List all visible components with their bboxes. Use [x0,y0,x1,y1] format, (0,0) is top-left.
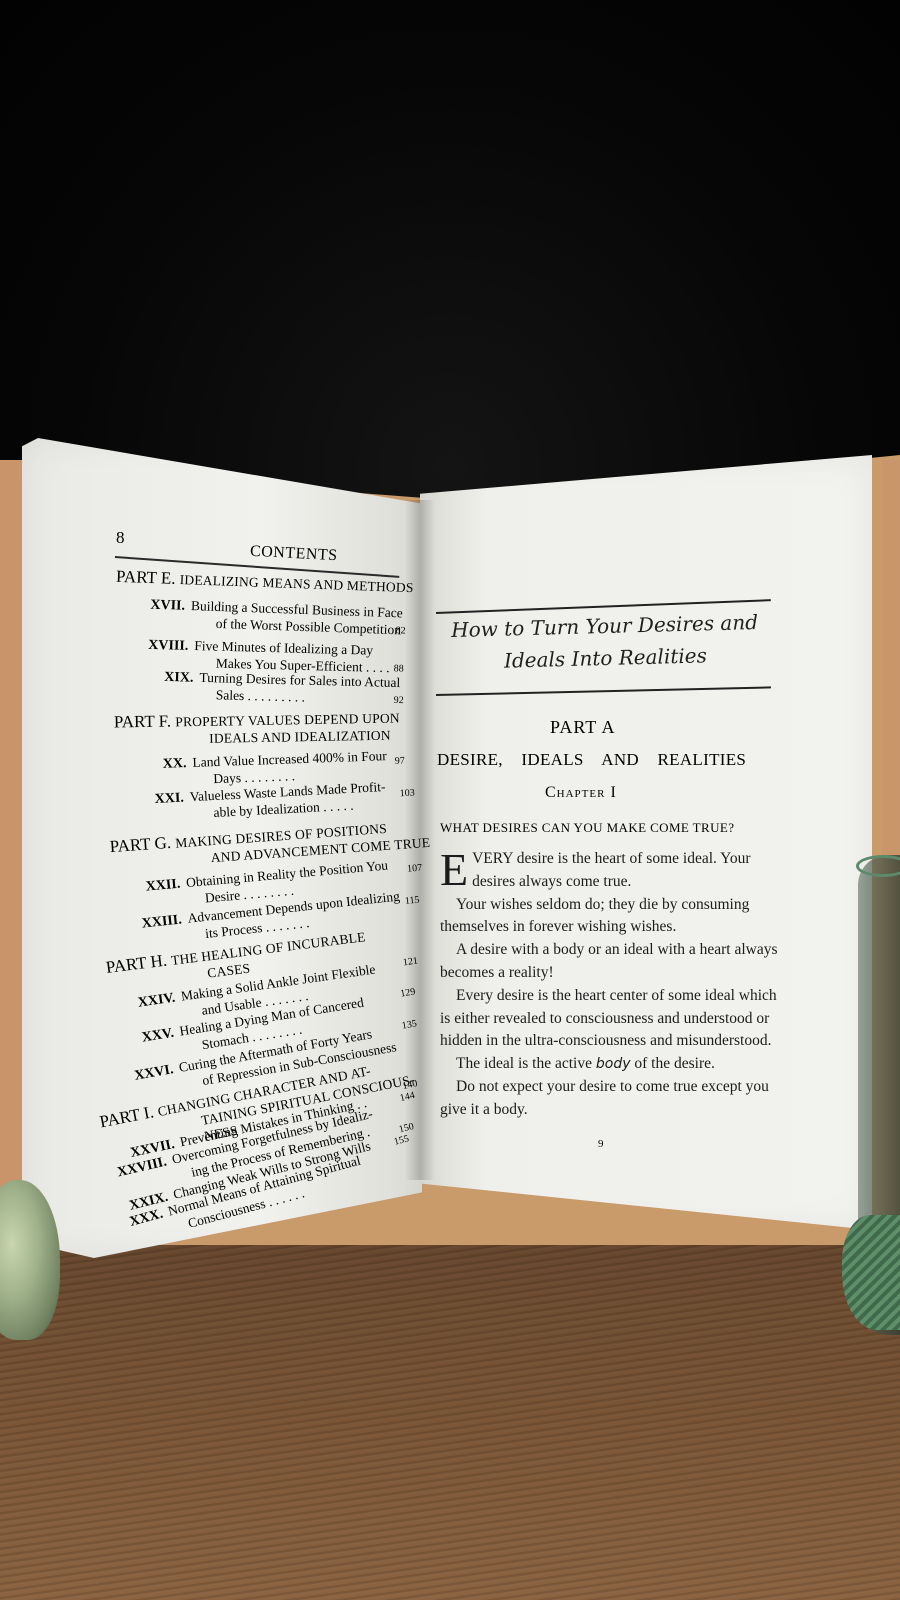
paragraph: Every desire is the heart center of some… [440,985,780,1053]
chapter-page: 129 [400,986,417,999]
toc-part-f: PART F. Property Values Depend Upon Idea… [114,708,401,749]
paragraph-text: A desire with a body or an ideal with a … [440,941,778,981]
chapter-page: 115 [404,894,420,906]
part-heading: PART A [550,717,615,738]
dark-background [0,0,900,520]
chapter-heading: Chapter I [545,784,617,802]
chapter-number: XIX. [164,670,194,687]
left-page-number: 8 [116,528,125,548]
paragraph-text: of the desire. [631,1055,715,1072]
photo-scene: 8 CONTENTS PART E. Idealizing Means and … [0,0,900,1600]
paragraph-text: The ideal is the active [456,1055,596,1072]
right-page-number: 9 [598,1138,604,1150]
paragraph: A desire with a body or an ideal with a … [440,939,780,985]
paragraph: Your wishes seldom do; they die by consu… [440,894,780,940]
part-label: PART G. [109,833,172,856]
part-title: DESIRE, IDEALS AND REALITIES [437,750,773,770]
chapter-title: WHAT DESIRES CAN YOU MAKE COME TRUE? [440,820,734,836]
chapter-page: 88 [394,663,404,674]
emphasis-text: body [596,1056,631,1072]
book-title: How to Turn Your Desires and Ideals Into… [439,606,771,679]
part-label: PART F. [114,711,171,731]
chapter-body: EVERY desire is the heart of some ideal.… [440,848,780,1122]
paragraph: The ideal is the active body of the desi… [440,1053,780,1076]
toc-entry: XIX.Turning Desires for Sales into Actua… [164,669,401,708]
drop-cap: E [440,850,468,890]
chapter-number: XXII. [145,877,181,896]
paragraph-text: Do not expect your desire to come true e… [440,1078,769,1118]
part-label: PART E. [116,567,176,588]
paragraph-text: VERY desire is the heart of some ideal. … [472,850,750,890]
chapter-number: XVII. [150,598,185,615]
paragraph: EVERY desire is the heart of some ideal.… [440,848,780,894]
chapter-page: 121 [402,955,418,968]
paragraph: Do not expect your desire to come true e… [440,1076,780,1122]
chapter-page: 97 [395,755,405,766]
chapter-page: 107 [407,862,423,874]
chapter-number: XX. [163,756,187,773]
chapter-page: 103 [399,787,415,799]
paragraph-text: Your wishes seldom do; they die by consu… [440,896,749,936]
paragraph-text: Every desire is the heart center of some… [440,987,777,1050]
chapter-page: 92 [394,695,404,706]
chapter-page: 82 [395,625,405,636]
chapter-number: XXI. [154,791,184,809]
chapter-number: XVIII. [148,638,188,655]
part-title: Property Values Depend Upon [175,711,400,730]
